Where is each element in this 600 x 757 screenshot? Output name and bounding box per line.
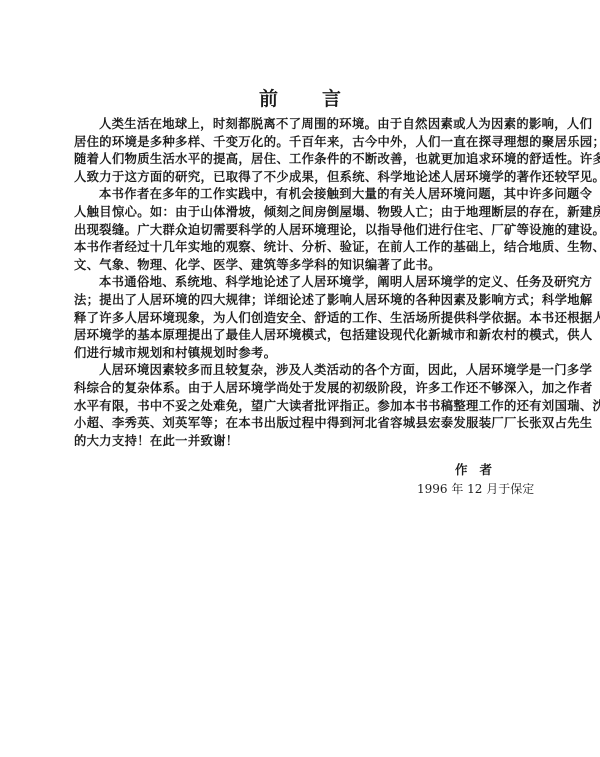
text-line: 的大力支持！在此一并致谢！ bbox=[74, 432, 539, 450]
text-line: 本书作者经过十几年实地的观察、统计、分析、验证，在前人工作的基础上，结合地质、生… bbox=[74, 238, 539, 256]
text-line: 法；提出了人居环境的四大规律；详细论述了影响人居环境的各种因素及影响方式；科学地… bbox=[74, 291, 539, 309]
preface-body: 人类生活在地球上，时刻都脱离不了周围的环境。由于自然因素或人为因素的影响，人们 … bbox=[74, 115, 539, 449]
signature-char: 者 bbox=[480, 460, 493, 478]
text-line: 科综合的复杂体系。由于人居环境学尚处于发展的初级阶段，许多工作还不够深入，加之作… bbox=[74, 379, 539, 397]
text-line: 人致力于这方面的研究，已取得了不少成果，但系统、科学地论述人居环境学的著作还较罕… bbox=[74, 168, 539, 186]
text-line: 水平有限，书中不妥之处难免，望广大读者批评指正。参加本书书稿整理工作的还有刘国瑞… bbox=[74, 397, 539, 415]
page-title: 前言 bbox=[0, 84, 600, 111]
date-place-line: 1996 年 12 月于保定 bbox=[417, 480, 534, 497]
text-line: 本书作者在多年的工作实践中，有机会接触到大量的有关人居环境问题，其中许多问题令 bbox=[74, 185, 539, 203]
text-line: 人居环境因素较多而且较复杂，涉及人类活动的各个方面，因此，人居环境学是一门多学 bbox=[74, 361, 539, 379]
text-line: 人触目惊心。如：由于山体滑坡，倾刻之间房倒屋塌、物毁人亡；由于地理断层的存在，新… bbox=[74, 203, 539, 221]
text-line: 随着人们物质生活水平的提高，居住、工作条件的不断改善，也就更加追求环境的舒适性。… bbox=[74, 150, 539, 168]
document-page: 前言 人类生活在地球上，时刻都脱离不了周围的环境。由于自然因素或人为因素的影响，… bbox=[0, 0, 600, 757]
text-line: 居住的环境是多种多样、千变万化的。千百年来，古今中外，人们一直在探寻理想的聚居乐… bbox=[74, 133, 539, 151]
text-line: 出现裂缝。广大群众迫切需要科学的人居环境理论，以指导他们进行住宅、厂矿等设施的建… bbox=[74, 221, 539, 239]
text-line: 们进行城市规划和村镇规划时参考。 bbox=[74, 344, 539, 362]
text-line: 文、气象、物理、化学、医学、建筑等多学科的知识编著了此书。 bbox=[74, 256, 539, 274]
author-signature: 作者 bbox=[455, 460, 492, 478]
text-line: 本书通俗地、系统地、科学地论述了人居环境学，阐明人居环境学的定义、任务及研究方 bbox=[74, 273, 539, 291]
text-line: 人类生活在地球上，时刻都脱离不了周围的环境。由于自然因素或人为因素的影响，人们 bbox=[74, 115, 539, 133]
text-line: 小超、李秀英、刘英军等；在本书出版过程中得到河北省容城县宏泰发服装厂厂长张双占先… bbox=[74, 414, 539, 432]
title-char: 前 bbox=[259, 84, 278, 111]
signature-char: 作 bbox=[455, 460, 468, 478]
text-line: 居环境学的基本原理提出了最佳人居环境模式，包括建设现代化新城市和新农村的模式，供… bbox=[74, 326, 539, 344]
text-line: 释了许多人居环境现象，为人们创造安全、舒适的工作、生活场所提供科学依据。本书还根… bbox=[74, 309, 539, 327]
title-char: 言 bbox=[322, 84, 341, 111]
